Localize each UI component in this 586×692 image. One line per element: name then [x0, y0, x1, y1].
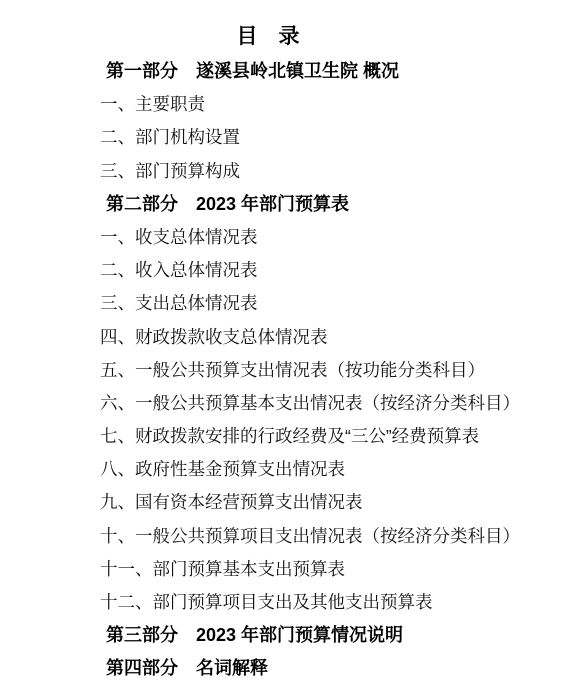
toc-item: 七、财政拨款安排的行政经费及“三公”经费预算表 [100, 420, 560, 453]
toc-item: 三、支出总体情况表 [100, 287, 560, 320]
table-of-contents: 第一部分 遂溪县岭北镇卫生院 概况 一、主要职责 二、部门机构设置 三、部门预算… [100, 55, 560, 686]
toc-item: 六、一般公共预算基本支出情况表（按经济分类科目） [100, 387, 560, 420]
toc-part-heading: 第三部分 2023 年部门预算情况说明 [100, 619, 560, 652]
toc-item: 三、部门预算构成 [100, 155, 560, 188]
toc-item: 十一、部门预算基本支出预算表 [100, 553, 560, 586]
toc-item: 八、政府性基金预算支出情况表 [100, 453, 560, 486]
toc-item: 二、收入总体情况表 [100, 254, 560, 287]
toc-item: 十二、部门预算项目支出及其他支出预算表 [100, 586, 560, 619]
toc-item: 一、收支总体情况表 [100, 221, 560, 254]
toc-part-heading: 第一部分 遂溪县岭北镇卫生院 概况 [100, 55, 560, 88]
toc-item: 五、一般公共预算支出情况表（按功能分类科目） [100, 354, 560, 387]
toc-item: 一、主要职责 [100, 88, 560, 121]
toc-item: 四、财政拨款收支总体情况表 [100, 321, 560, 354]
toc-part-heading: 第二部分 2023 年部门预算表 [100, 188, 560, 221]
toc-item: 二、部门机构设置 [100, 121, 560, 154]
toc-item: 十、一般公共预算项目支出情况表（按经济分类科目） [100, 520, 560, 553]
document-page: 目 录 第一部分 遂溪县岭北镇卫生院 概况 一、主要职责 二、部门机构设置 三、… [0, 0, 586, 692]
toc-item: 九、国有资本经营预算支出情况表 [100, 486, 560, 519]
toc-part-heading: 第四部分 名词解释 [100, 652, 560, 685]
page-title: 目 录 [0, 24, 536, 50]
